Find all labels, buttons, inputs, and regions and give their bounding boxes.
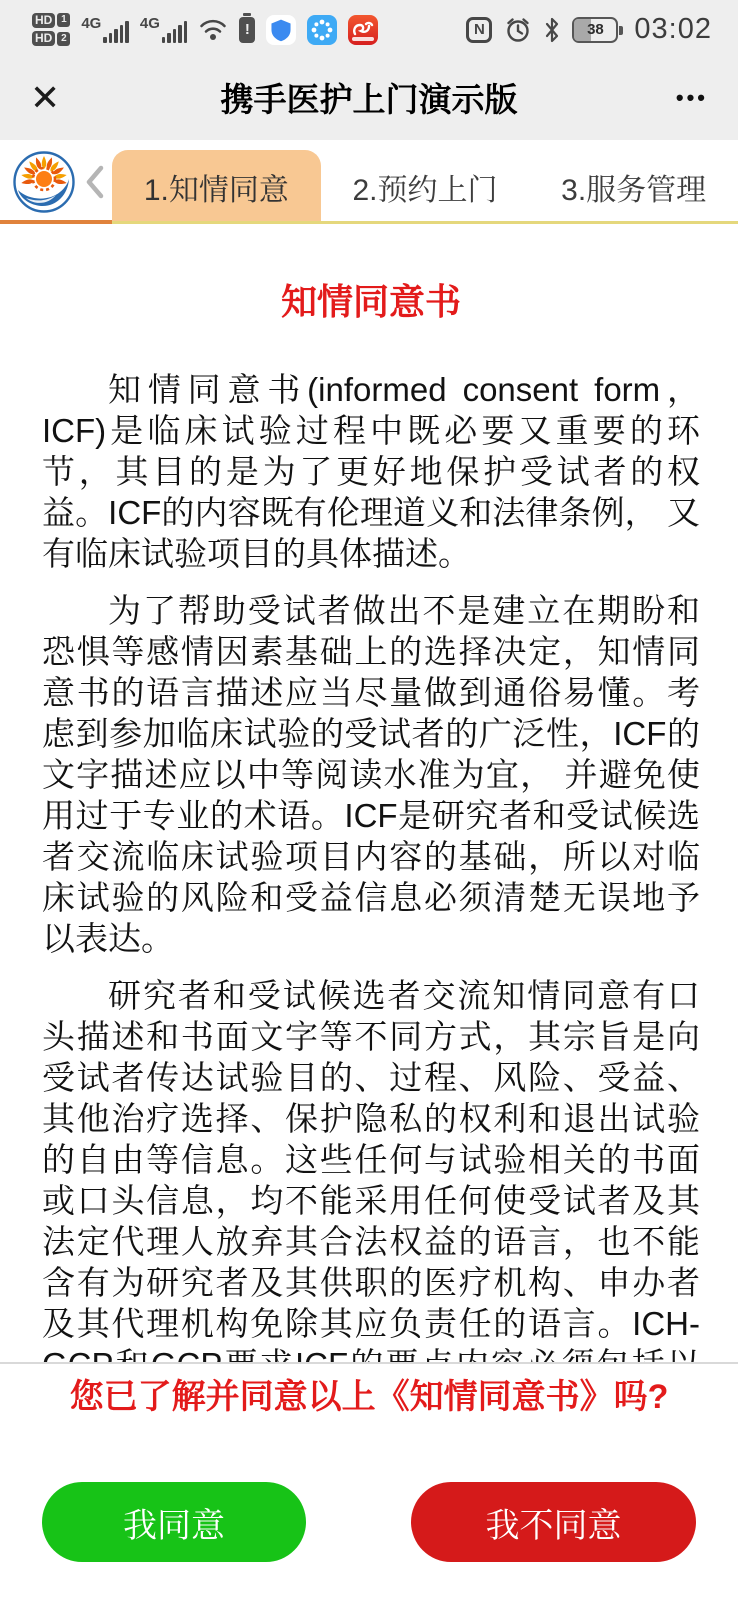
back-chevron-icon[interactable] [84,164,106,200]
app-logo [12,149,76,215]
document-title: 知情同意书 [42,282,700,322]
consent-actions: 我同意 我不同意 [0,1482,738,1562]
status-right-cluster: N 38 03:02 [466,13,712,46]
nfc-icon: N [466,17,492,43]
screen: HD 1 HD 2 4G 4G [0,0,738,1600]
tab-service-management[interactable]: 3.服务管理 [529,150,738,224]
status-left-cluster: HD 1 HD 2 4G 4G [32,13,378,46]
more-menu-icon[interactable]: ••• [648,85,708,111]
clock-time: 03:02 [634,13,712,46]
signal-bars-icon [162,21,188,43]
page-title: 携手医护上门演示版 [90,74,648,121]
network-type-label: 4G [140,16,160,31]
shield-app-icon [266,15,296,45]
signal-strength-sim2-icon: 4G [140,16,188,43]
sim1-badge: 1 [57,13,70,27]
tab-informed-consent[interactable]: 1.知情同意 [112,150,321,224]
signal-bars-icon [103,21,129,43]
nav-bar: ✕ 携手医护上门演示版 ••• [0,55,738,140]
red-app-icon [348,15,378,45]
disagree-button[interactable]: 我不同意 [411,1482,696,1562]
close-icon[interactable]: ✕ [30,80,90,116]
tab-book-visit[interactable]: 2.预约上门 [321,150,530,224]
network-type-label: 4G [81,16,101,31]
tab-underline-orange [0,220,112,224]
alarm-icon [504,16,532,44]
paragraph-1: 知情同意书(informed consent form，ICF)是临床试验过程中… [42,369,700,574]
consent-question: 您已了解并同意以上《知情同意书》吗? [0,1376,738,1418]
paragraph-2: 为了帮助受试者做出不是建立在期盼和恐惧等感情因素基础上的选择决定，知情同意书的语… [42,590,700,959]
battery-percent: 38 [587,22,604,37]
sim-alert-icon: ! [239,17,255,43]
wifi-icon [198,17,228,43]
nfc-glyph: N [474,22,485,37]
footer-divider [0,1362,738,1364]
battery-icon: 38 [572,17,618,43]
step-tabs: 1.知情同意 2.预约上门 3.服务管理 [112,140,738,224]
status-bar: HD 1 HD 2 4G 4G [0,0,738,55]
step-tab-bar: 1.知情同意 2.预约上门 3.服务管理 [0,140,738,224]
sim2-badge: 2 [57,32,70,46]
consent-scroll-area[interactable]: 知情同意书 知情同意书(informed consent form，ICF)是临… [0,224,738,1362]
paragraph-3: 研究者和受试候选者交流知情同意有口头描述和书面文字等不同方式，其宗旨是向受试者传… [42,975,700,1362]
volte-hd-sim2-icon: HD 2 [32,31,70,46]
volte-hd-sim1-icon: HD 1 [32,13,70,28]
agree-button[interactable]: 我同意 [42,1482,306,1562]
tab-underline-yellow [112,221,738,224]
hd-label: HD [32,31,55,46]
alert-glyph: ! [245,21,250,38]
hd-label: HD [32,13,55,28]
bluetooth-icon [544,17,560,43]
blue-app-icon [307,15,337,45]
signal-strength-sim1-icon: 4G [81,16,129,43]
volte-hd-icons: HD 1 HD 2 [32,13,70,46]
